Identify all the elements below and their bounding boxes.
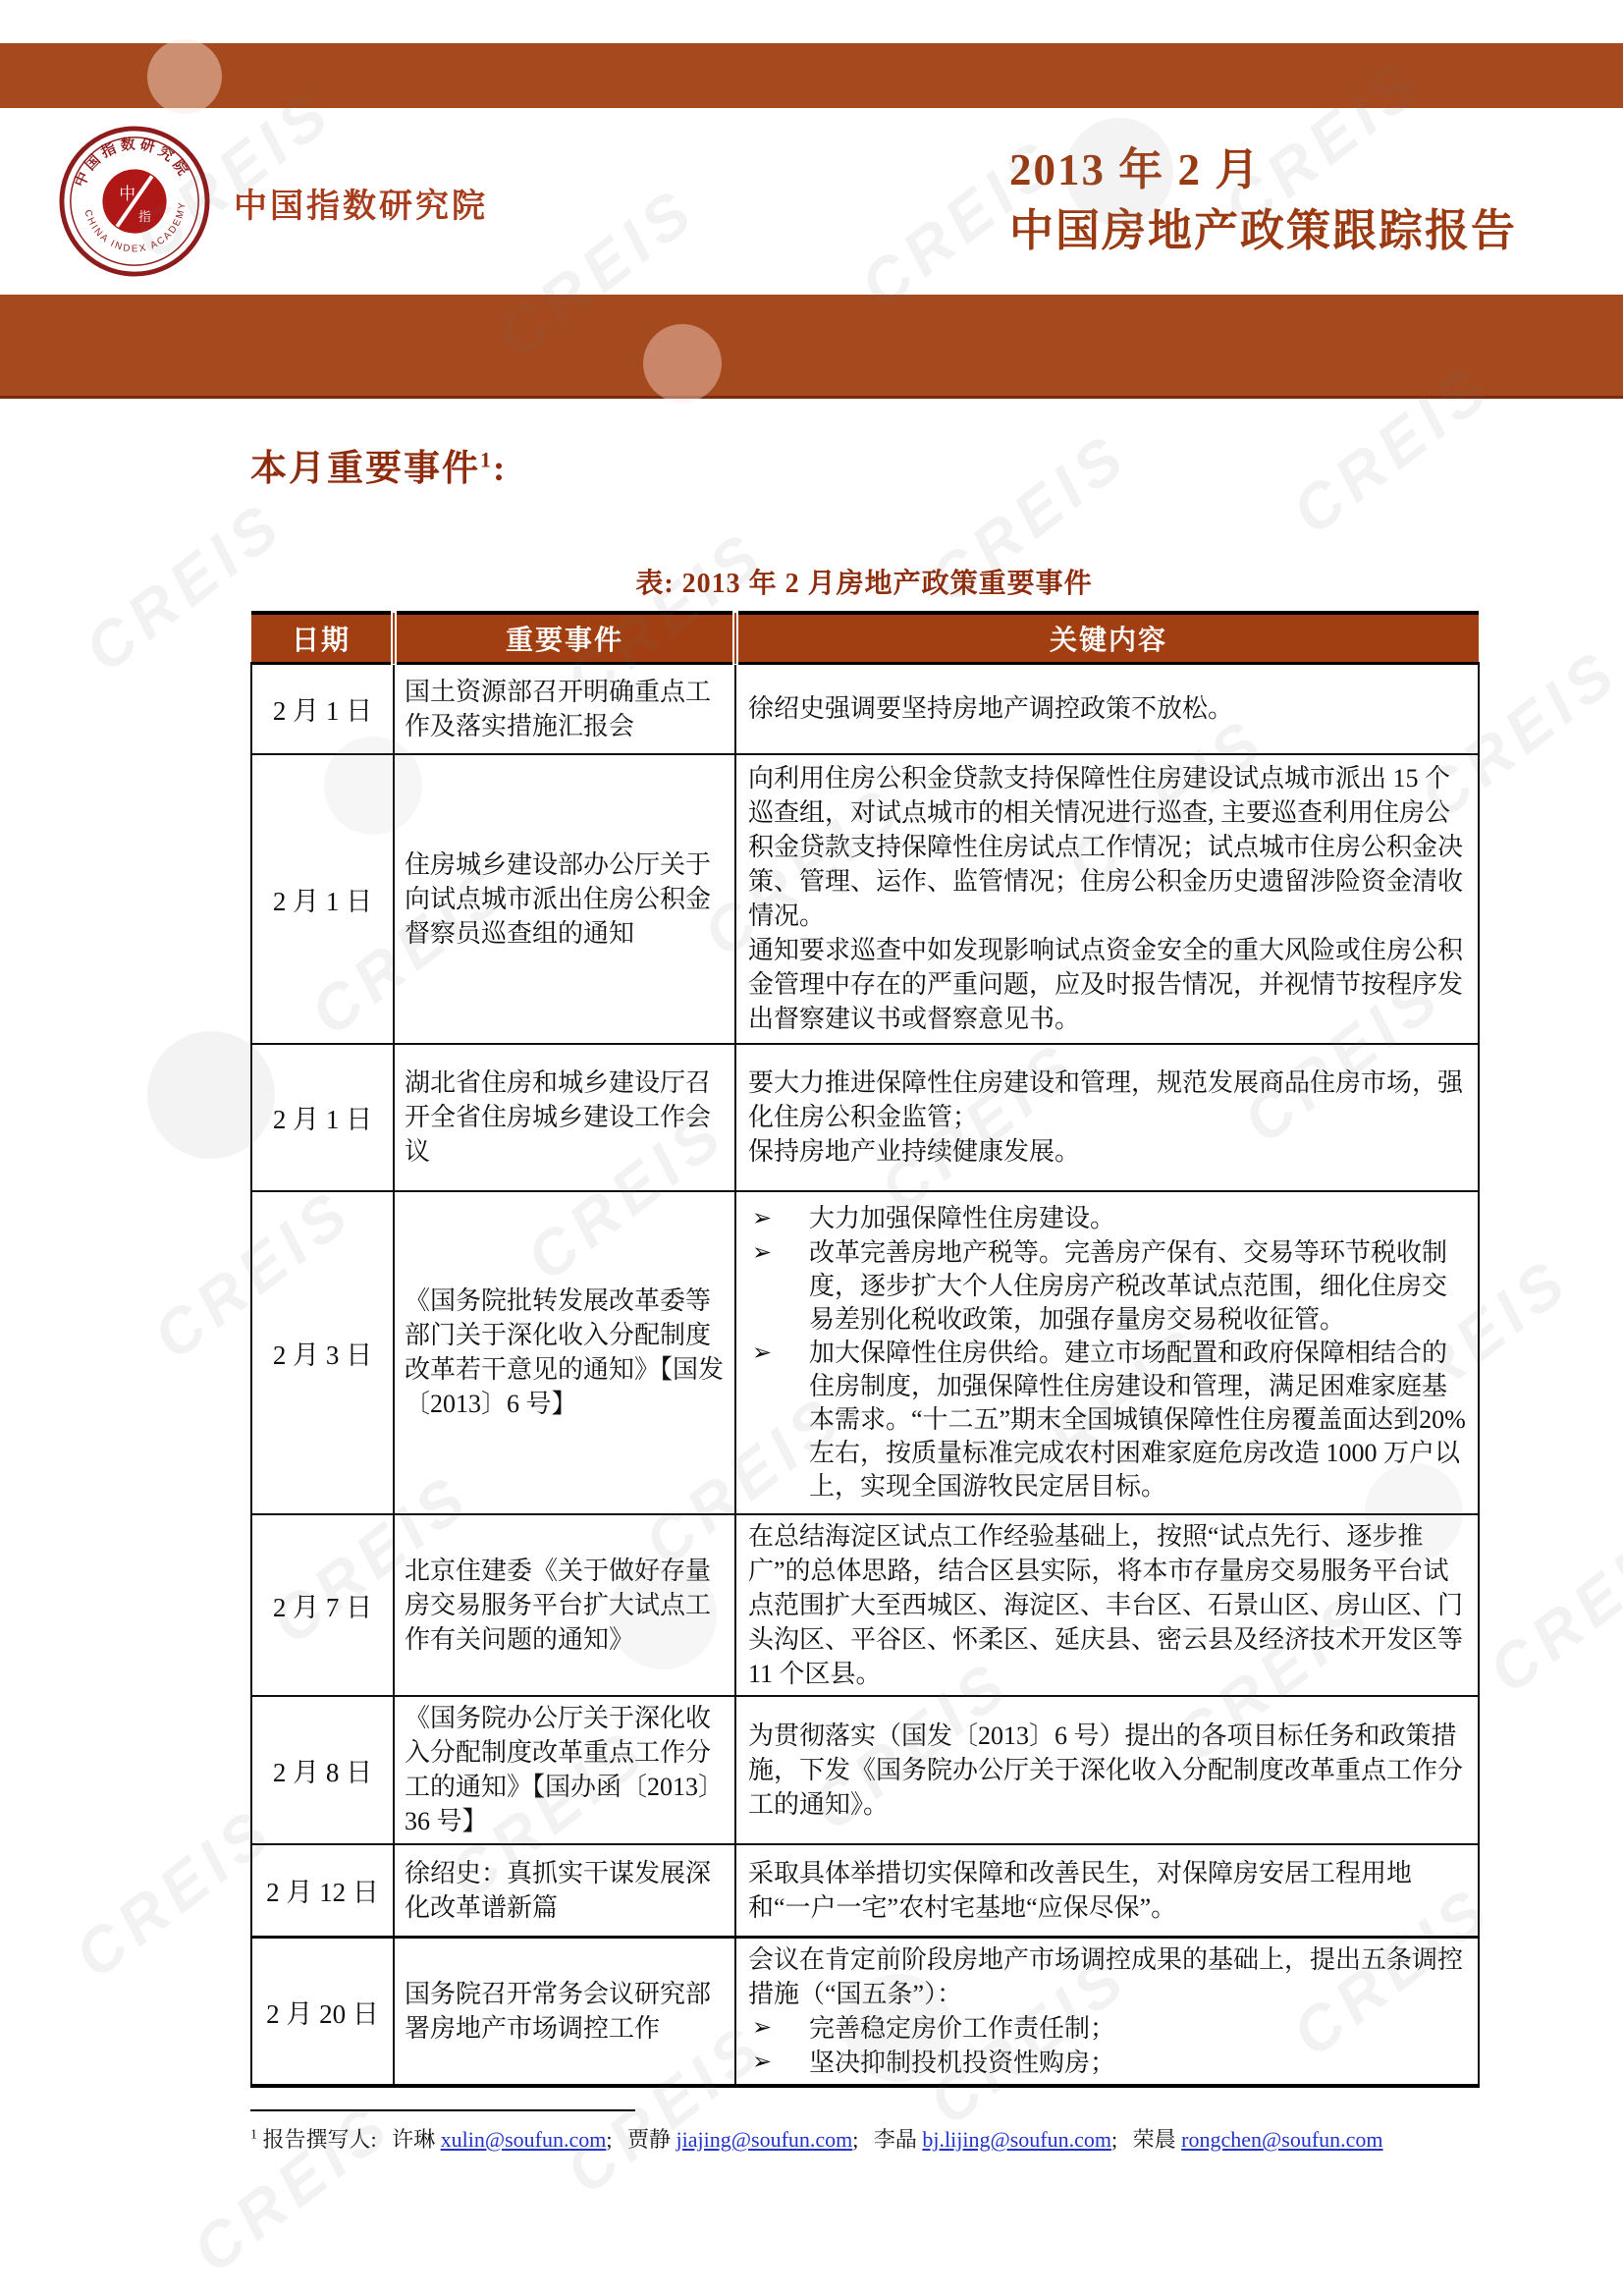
bullet-text: 坚决抑制投机投资性购房； (809, 2046, 1466, 2080)
bullet-arrow-icon: ➢ (748, 1337, 809, 1371)
date-cell: 2 月 3 日 (251, 1191, 394, 1514)
event-cell: 湖北省住房和城乡建设厅召开全省住房城乡建设工作会议 (394, 1044, 735, 1191)
event-cell: 北京住建委《关于做好存量房交易服务平台扩大试点工作有关问题的通知》 (394, 1514, 735, 1696)
china-index-academy-logo: 中国指数研究院 CHINA INDEX ACADEMY 中 指 (57, 124, 212, 279)
author-name: 许琳 (392, 2127, 435, 2152)
content-cell: ➢ 大力加强保障性住房建设。 ➢ 改革完善房地产税等。完善房产保有、交易等环节税… (735, 1191, 1479, 1514)
creis-watermark-text: CREIS (179, 2087, 406, 2286)
content-paragraph: 在总结海淀区试点工作经验基础上，按照“试点先行、逐步推广”的总体思路，结合区县实… (748, 1519, 1466, 1691)
bullet-item: ➢ 大力加强保障性住房建设。 (748, 1202, 1466, 1236)
logo-center-char1: 中 (119, 185, 135, 203)
footnote-label: 报告撰写人: (263, 2127, 383, 2152)
logo-center-char2: 指 (138, 209, 151, 224)
bullet-arrow-icon: ➢ (748, 1202, 809, 1236)
author-email-link[interactable]: rongchen@soufun.com (1181, 2127, 1382, 2152)
bullet-item: ➢ 坚决抑制投机投资性购房； (748, 2046, 1466, 2080)
brand-name: 中国指数研究院 (234, 179, 488, 227)
table-row: 2 月 7 日 北京住建委《关于做好存量房交易服务平台扩大试点工作有关问题的通知… (251, 1514, 1479, 1696)
table-row: 2 月 12 日 徐绍史：真抓实干谋发展深化改革谱新篇 采取具体举措切实保障和改… (251, 1844, 1479, 1938)
bullet-item: ➢ 改革完善房地产税等。完善房产保有、交易等环节税收制度，逐步扩大个人住房房产税… (748, 1236, 1466, 1337)
footnote-separator: ; (852, 2127, 858, 2152)
section-heading-colon: : (493, 449, 507, 489)
bullet-text: 完善稳定房价工作责任制； (809, 2011, 1466, 2046)
column-header-event: 重要事件 (394, 613, 735, 664)
footnote: 1 报告撰写人: 许琳 xulin@soufun.com; 贾静 jiajing… (250, 2123, 1497, 2154)
date-cell: 2 月 1 日 (251, 1044, 394, 1191)
table-row: 2 月 1 日 湖北省住房和城乡建设厅召开全省住房城乡建设工作会议 要大力推进保… (251, 1044, 1479, 1191)
table-row: 2 月 20 日 国务院召开常务会议研究部署房地产市场调控工作 会议在肯定前阶段… (251, 1938, 1479, 2087)
content-cell: 要大力推进保障性住房建设和管理，规范发展商品住房市场，强化住房公积金监管； 保持… (735, 1044, 1479, 1191)
table-row: 2 月 8 日 《国务院办公厅关于深化收入分配制度改革重点工作分工的通知》【国办… (251, 1696, 1479, 1844)
event-cell: 徐绍史：真抓实干谋发展深化改革谱新篇 (394, 1844, 735, 1938)
content-paragraph: 徐绍史强调要坚持房地产调控政策不放松。 (748, 691, 1466, 726)
table-header-row: 日期 重要事件 关键内容 (251, 613, 1479, 664)
content-paragraph: 为贯彻落实（国发〔2013〕6 号）提出的各项目标任务和政策措施，下发《国务院办… (748, 1719, 1466, 1822)
content-cell: 为贯彻落实（国发〔2013〕6 号）提出的各项目标任务和政策措施，下发《国务院办… (735, 1696, 1479, 1844)
column-header-content: 关键内容 (735, 613, 1479, 664)
content-cell: 徐绍史强调要坚持房地产调控政策不放松。 (735, 664, 1479, 754)
author-email-link[interactable]: bj.lijing@soufun.com (922, 2127, 1111, 2152)
footnote-separator: ; (1111, 2127, 1117, 2152)
table-row: 2 月 1 日 国土资源部召开明确重点工作及落实措施汇报会 徐绍史强调要坚持房地… (251, 664, 1479, 754)
content-cell: 在总结海淀区试点工作经验基础上，按照“试点先行、逐步推广”的总体思路，结合区县实… (735, 1514, 1479, 1696)
date-cell: 2 月 7 日 (251, 1514, 394, 1696)
report-title-line1: 2013 年 2 月 (1009, 139, 1517, 200)
event-cell: 国务院召开常务会议研究部署房地产市场调控工作 (394, 1938, 735, 2087)
date-cell: 2 月 1 日 (251, 664, 394, 754)
date-cell: 2 月 12 日 (251, 1844, 394, 1938)
footnote-marker: 1 (250, 2128, 257, 2143)
author-name: 李晶 (874, 2127, 917, 2152)
author-name: 荣晨 (1133, 2127, 1176, 2152)
content-paragraph: 采取具体举措切实保障和改善民生，对保障房安居工程用地和“一户一宅”农村宅基地“应… (748, 1856, 1466, 1925)
event-cell: 住房城乡建设部办公厅关于向试点城市派出住房公积金督察员巡查组的通知 (394, 754, 735, 1044)
author-email-link[interactable]: xulin@soufun.com (441, 2127, 607, 2152)
creis-watermark-text: CREIS (1475, 1507, 1623, 1707)
bullet-text: 大力加强保障性住房建设。 (809, 1202, 1466, 1235)
bullet-item: ➢ 完善稳定房价工作责任制； (748, 2011, 1466, 2046)
report-title-line2: 中国房地产政策跟踪报告 (1009, 200, 1517, 261)
author-email-link[interactable]: jiajing@soufun.com (676, 2127, 853, 2152)
content-cell: 采取具体举措切实保障和改善民生，对保障房安居工程用地和“一户一宅”农村宅基地“应… (735, 1844, 1479, 1938)
bullet-arrow-icon: ➢ (748, 1236, 809, 1271)
date-cell: 2 月 8 日 (251, 1696, 394, 1844)
table-row: 2 月 3 日 《国务院批转发展改革委等部门关于深化收入分配制度改革若干意见的通… (251, 1191, 1479, 1514)
content-cell: 向利用住房公积金贷款支持保障性住房建设试点城市派出 15 个巡查组，对试点城市的… (735, 754, 1479, 1044)
event-cell: 国土资源部召开明确重点工作及落实措施汇报会 (394, 664, 735, 754)
report-title: 2013 年 2 月 中国房地产政策跟踪报告 (1009, 139, 1517, 261)
bullet-text: 改革完善房地产税等。完善房产保有、交易等环节税收制度，逐步扩大个人住房房产税改革… (809, 1236, 1466, 1337)
table-caption: 表: 2013 年 2 月房地产政策重要事件 (250, 562, 1478, 601)
content-cell: 会议在肯定前阶段房地产市场调控成果的基础上，提出五条调控措施（“国五条”）： ➢… (735, 1938, 1479, 2087)
bullet-text: 加大保障性住房供给。建立市场配置和政府保障相结合的住房制度，加强保障性住房建设和… (809, 1337, 1466, 1503)
date-cell: 2 月 1 日 (251, 754, 394, 1044)
column-header-date: 日期 (251, 613, 394, 664)
section-heading: 本月重要事件1: (250, 438, 507, 491)
bullet-arrow-icon: ➢ (748, 2046, 809, 2080)
report-page: 中国指数研究院 CHINA INDEX ACADEMY 中 指 中国指数研究院 … (0, 0, 1623, 2296)
footnote-separator: ; (606, 2127, 612, 2152)
top-banner-bar (0, 43, 1623, 108)
table-container: 日期 重要事件 关键内容 2 月 1 日 国土资源部召开明确重点工作及落实措施汇… (250, 611, 1480, 2088)
author-name: 贾静 (627, 2127, 671, 2152)
footnote-reference: 1 (480, 448, 493, 472)
bullet-item: ➢ 加大保障性住房供给。建立市场配置和政府保障相结合的住房制度，加强保障性住房建… (748, 1337, 1466, 1503)
date-cell: 2 月 20 日 (251, 1938, 394, 2087)
event-cell: 《国务院批转发展改革委等部门关于深化收入分配制度改革若干意见的通知》【国发〔20… (394, 1191, 735, 1514)
event-cell: 《国务院办公厅关于深化收入分配制度改革重点工作分工的通知》【国办函〔2013〕3… (394, 1696, 735, 1844)
content-paragraph: 向利用住房公积金贷款支持保障性住房建设试点城市派出 15 个巡查组，对试点城市的… (748, 761, 1466, 1036)
content-paragraph: 要大力推进保障性住房建设和管理，规范发展商品住房市场，强化住房公积金监管； 保持… (748, 1066, 1466, 1169)
footnote-divider (250, 2109, 635, 2111)
bullet-arrow-icon: ➢ (748, 2011, 809, 2046)
policy-events-table: 日期 重要事件 关键内容 2 月 1 日 国土资源部召开明确重点工作及落实措施汇… (250, 611, 1480, 2088)
content-paragraph: 会议在肯定前阶段房地产市场调控成果的基础上，提出五条调控措施（“国五条”）： (748, 1942, 1466, 2011)
divider-band (0, 295, 1623, 399)
table-row: 2 月 1 日 住房城乡建设部办公厅关于向试点城市派出住房公积金督察员巡查组的通… (251, 754, 1479, 1044)
section-heading-text: 本月重要事件 (250, 449, 480, 489)
